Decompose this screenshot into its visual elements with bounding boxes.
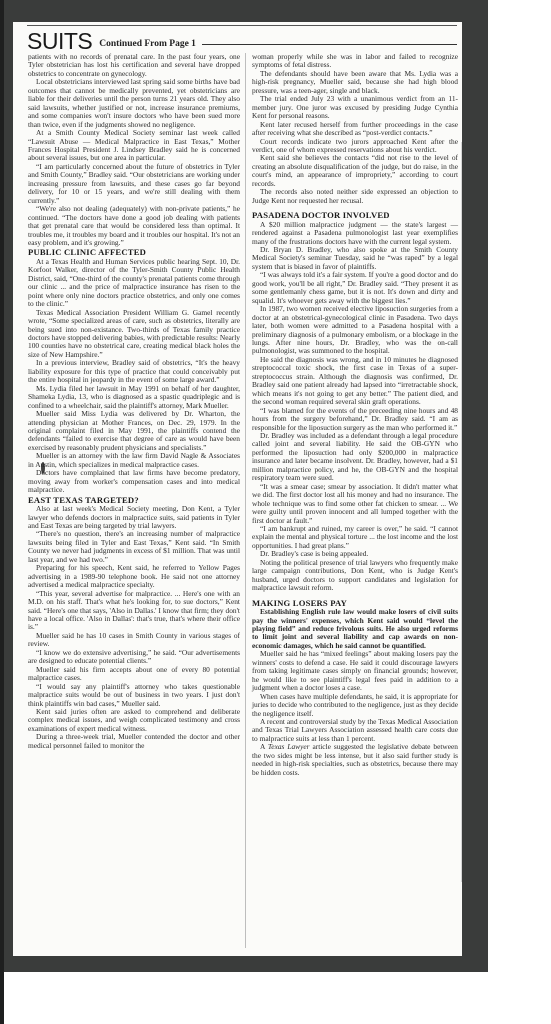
paragraph: Noting the political presence of trial l… xyxy=(252,559,458,593)
ink-smudge xyxy=(41,462,45,474)
paragraph: At a Texas Health and Human Services pub… xyxy=(28,258,240,309)
paragraph: Kent said juries often are asked to comp… xyxy=(28,708,240,733)
paragraph: Mueller said his firm accepts about one … xyxy=(28,666,240,683)
paragraph: During a three-week trial, Mueller conte… xyxy=(28,733,240,750)
paragraph: “We're also not dealing (adequately) wit… xyxy=(28,205,240,247)
paragraph: “I was blamed for the events of the prec… xyxy=(252,407,458,432)
paragraph: Mueller said Miss Lydia was delivered by… xyxy=(28,410,240,452)
paragraph: When cases have multiple defendants, he … xyxy=(252,693,458,718)
right-column: woman properly while she was in labor an… xyxy=(252,53,458,777)
paragraph: Court records indicate two jurors approa… xyxy=(252,138,458,155)
edge-mark xyxy=(461,142,462,882)
jump-rule xyxy=(202,44,457,45)
paragraph: woman properly while she was in labor an… xyxy=(252,53,458,70)
paragraph: Doctors have complained that law firms h… xyxy=(28,469,240,494)
paragraph: “This year, several advertise for malpra… xyxy=(28,590,240,632)
paragraph: Texas Medical Association President Will… xyxy=(28,309,240,360)
paragraph: Local obstetricians interviewed last spr… xyxy=(28,78,240,129)
paragraph: A Texas Lawyer article suggested the leg… xyxy=(252,743,458,777)
paragraph: The trial ended July 23 with a unanimous… xyxy=(252,95,458,120)
column-divider xyxy=(245,53,246,948)
paragraph: Also at last week's Medical Society meet… xyxy=(28,505,240,530)
newspaper-clipping: SUITS Continued From Page 1 patients wit… xyxy=(13,22,462,956)
paragraph: At a Smith County Medical Society semina… xyxy=(28,129,240,163)
paragraph: The records also noted neither side expr… xyxy=(252,188,458,205)
story-slug: SUITS xyxy=(27,30,92,52)
paragraph: The defendants should have been aware th… xyxy=(252,70,458,95)
paragraph: patients with no records of prenatal car… xyxy=(28,53,240,78)
paragraph: Dr. Bryan D. Bradley, who also spoke at … xyxy=(252,246,458,271)
paragraph: “There's no question, there's an increas… xyxy=(28,530,240,564)
paragraph: Dr. Bradley was included as a defendant … xyxy=(252,432,458,483)
paragraph: Ms. Lydia filed her lawsuit in May 1991 … xyxy=(28,385,240,410)
left-column: patients with no records of prenatal car… xyxy=(28,53,240,956)
paragraph: “I was always told it's a fair system. I… xyxy=(252,271,458,305)
paragraph: Mueller said he has “mixed feelings” abo… xyxy=(252,650,458,692)
paragraph: In a previous interview, Bradley said of… xyxy=(28,359,240,384)
paragraph: “I would say any plaintiff's attorney wh… xyxy=(28,683,240,708)
paragraph: He said the diagnosis was wrong, and in … xyxy=(252,356,458,407)
paragraph: “I am bankrupt and ruined, my career is … xyxy=(252,525,458,550)
paragraph: Mueller is an attorney with the law firm… xyxy=(28,452,240,469)
paragraph: Kent said she believes the contacts “did… xyxy=(252,154,458,188)
headline-row: SUITS Continued From Page 1 xyxy=(27,26,457,52)
paragraph: A recent and controversial study by the … xyxy=(252,718,458,743)
frame-edge xyxy=(0,0,4,1024)
paragraph: Preparing for his speech, Kent said, he … xyxy=(28,564,240,589)
paragraph: “I know we do extensive advertising,” he… xyxy=(28,649,240,666)
paragraph: In 1987, two women received elective lip… xyxy=(252,305,458,356)
jump-line: Continued From Page 1 xyxy=(99,39,196,49)
paragraph: Kent later recused herself from further … xyxy=(252,121,458,138)
paragraph: “I am particularly concerned about the f… xyxy=(28,163,240,205)
paragraph: Establishing English rule law would make… xyxy=(252,608,458,650)
paragraph: “It was a smear case; smear by associati… xyxy=(252,483,458,525)
paragraph: Mueller said he has 10 cases in Smith Co… xyxy=(28,632,240,649)
paragraph: A $20 million malpractice judgment — the… xyxy=(252,221,458,246)
